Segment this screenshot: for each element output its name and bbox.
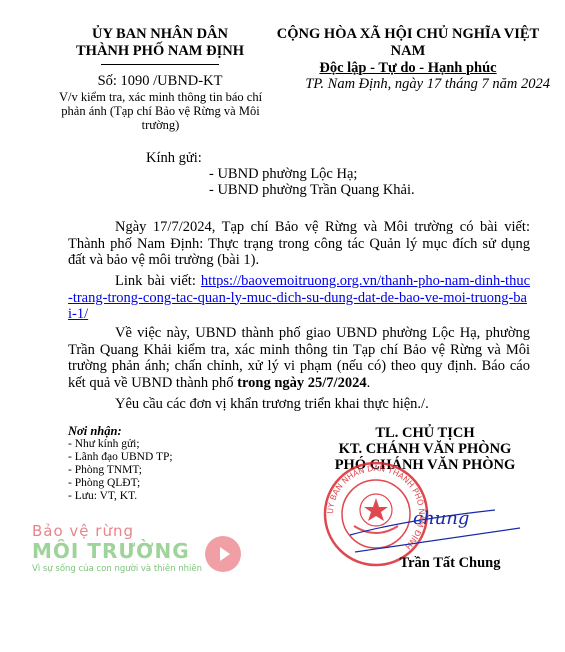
recipient-item: - Lãnh đạo UBND TP; (68, 451, 173, 464)
watermark-tagline: Vì sự sống của con người và thiên nhiên (32, 564, 202, 574)
agency-line2: THÀNH PHỐ NAM ĐỊNH (50, 43, 270, 60)
recipient-item: - Như kính gửi; (68, 438, 173, 451)
recipient-1: - UBND phường Lộc Hạ; (209, 166, 357, 183)
paragraph-link: Link bài viết: https://baovemoitruong.or… (68, 273, 530, 323)
nation-title: CỘNG HÒA XÃ HỘI CHỦ NGHĨA VIỆT NAM (263, 26, 553, 60)
motto: Độc lập - Tự do - Hạnh phúc (319, 60, 496, 76)
deadline: trong ngày 25/7/2024 (237, 375, 366, 391)
header-divider (101, 64, 219, 65)
agency-line1: ỦY BAN NHÂN DÂN (50, 26, 270, 43)
svg-text:chung: chung (413, 508, 469, 529)
signature-ink-icon: chung (345, 490, 545, 560)
nation-header: CỘNG HÒA XÃ HỘI CHỦ NGHĨA VIỆT NAM Độc l… (263, 26, 553, 77)
recipient-item: - Phòng QLĐT; (68, 477, 173, 490)
recipient-item: - Phòng TNMT; (68, 464, 173, 477)
paragraph-3: Về việc này, UBND thành phố giao UBND ph… (68, 325, 530, 391)
watermark-logo: Bảo vệ rừng MÔI TRƯỜNG Vì sự sống của co… (30, 522, 230, 582)
link-label: Link bài viết: (115, 273, 196, 289)
recipients-title: Nơi nhận: (68, 425, 173, 438)
agency-header: ỦY BAN NHÂN DÂN THÀNH PHỐ NAM ĐỊNH (50, 26, 270, 65)
signature-line2: KT. CHÁNH VĂN PHÒNG (300, 441, 550, 457)
recipients-block: Nơi nhận: - Như kính gửi; - Lãnh đạo UBN… (68, 425, 173, 503)
paragraph-4: Yêu cầu các đơn vị khẩn trương triển kha… (68, 396, 530, 413)
place-date: TP. Nam Định, ngày 17 tháng 7 năm 2024 (290, 76, 550, 93)
addressee-label: Kính gửi: (146, 150, 202, 167)
watermark-line1: Bảo vệ rừng (32, 522, 134, 540)
signer-name: Trần Tất Chung (300, 555, 550, 572)
paragraph-1: Ngày 17/7/2024, Tạp chí Bảo vệ Rừng và M… (68, 219, 530, 269)
recipient-item: - Lưu: VT, KT. (68, 490, 173, 503)
document-number: Số: 1090 /UBND-KT (50, 73, 270, 90)
document-subject: V/v kiểm tra, xác minh thông tin báo chí… (58, 90, 263, 132)
play-icon (205, 536, 241, 572)
recipient-2: - UBND phường Trần Quang Khải. (209, 182, 415, 199)
signature-line1: TL. CHỦ TỊCH (300, 425, 550, 441)
watermark-line2: MÔI TRƯỜNG (32, 539, 190, 563)
